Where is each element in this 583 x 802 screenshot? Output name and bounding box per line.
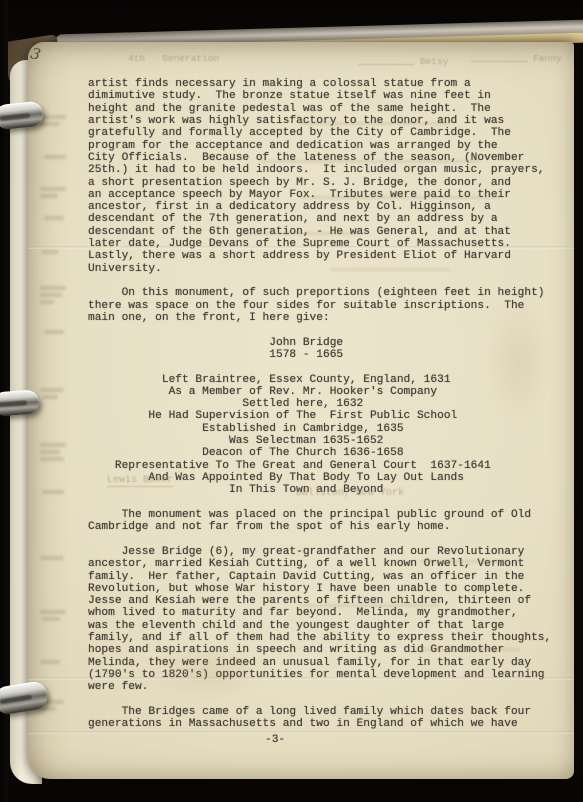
ghost-text-betsy: Betsy xyxy=(420,56,449,67)
smudge xyxy=(40,443,66,447)
smudge xyxy=(40,450,60,454)
ghost-text-lewis-baker: Lewis Baker xyxy=(107,475,173,487)
page-number-footer: -3- xyxy=(265,734,285,746)
smudge xyxy=(40,388,64,392)
smudge xyxy=(40,300,54,304)
document-page: 3 artist finds necessary in making a col… xyxy=(28,42,574,779)
smudge xyxy=(40,707,56,711)
paper-crease xyxy=(28,731,574,734)
handwritten-page-number: 3 xyxy=(29,44,43,64)
smudge xyxy=(44,330,64,334)
smudge xyxy=(44,155,66,159)
smudge xyxy=(40,286,66,290)
smudge xyxy=(42,250,58,254)
smudge xyxy=(40,194,58,198)
ghost-text-ballston: Ballston, New York xyxy=(296,488,404,499)
smudge xyxy=(40,660,60,664)
smudge xyxy=(44,216,64,220)
smudge xyxy=(40,457,64,461)
smudge xyxy=(40,556,64,560)
smudge xyxy=(40,293,62,297)
ghost-text-fanny: Fanny xyxy=(533,53,562,64)
smudge xyxy=(40,610,66,614)
ghost-text-generation: 4th Generation xyxy=(128,53,219,64)
smudge xyxy=(40,122,60,126)
photo-frame: 3 artist finds necessary in making a col… xyxy=(0,0,583,802)
smudge xyxy=(40,115,66,119)
smudge xyxy=(42,490,64,494)
smudge xyxy=(40,187,66,191)
smudge xyxy=(42,617,60,621)
smudge xyxy=(42,395,58,399)
typewritten-text: artist finds necessary in making a colos… xyxy=(88,78,551,731)
